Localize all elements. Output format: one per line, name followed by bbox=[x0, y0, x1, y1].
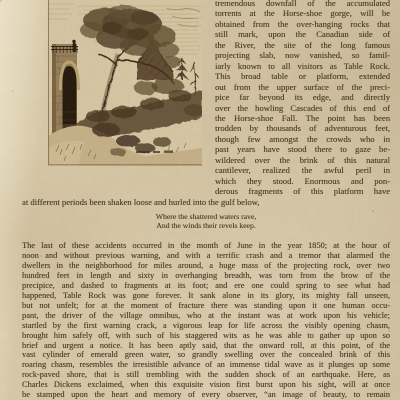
verse-line: And the winds their revels keep. bbox=[22, 222, 390, 231]
text-line: startled by the first warning crack, a v… bbox=[22, 321, 390, 331]
engraving-grain bbox=[48, 0, 202, 166]
opening-paragraph: tremendous downfall of the accumulatedto… bbox=[22, 0, 390, 207]
text-line: precipice, and dashed to fragments at it… bbox=[22, 281, 390, 291]
table-rock-engraving bbox=[22, 0, 215, 195]
text-line: roaring chasm, resembles the irresistibl… bbox=[22, 360, 390, 370]
text-line: but not unfelt; for at the moment of fra… bbox=[22, 301, 390, 311]
text-line: dwellers in the neighborhood for miles a… bbox=[22, 261, 390, 271]
text-line: rock-paved shore, that is still tremblin… bbox=[22, 370, 390, 380]
text-line: brought him safely off, with such of his… bbox=[22, 331, 390, 341]
text-line: be stamped upon the heart and memory of … bbox=[22, 390, 390, 400]
text-line: brief and urgent a notice. It has been a… bbox=[22, 341, 390, 351]
text-line: hundred feet in length and sixty in over… bbox=[22, 271, 390, 281]
page-content: tremendous downfall of the accumulatedto… bbox=[22, 0, 390, 400]
engraving-illustration bbox=[48, 0, 202, 166]
text-line: Charles Dickens exclaimed, when this exq… bbox=[22, 380, 390, 390]
text-line: noon and without previous warning, and w… bbox=[22, 251, 390, 261]
text-line: pant, the driver of the village omnibus,… bbox=[22, 311, 390, 321]
book-page: tremendous downfall of the accumulatedto… bbox=[0, 0, 400, 400]
text-line: vast cylinder of emerald green water, so… bbox=[22, 350, 390, 360]
main-paragraph: The last of these accidents occurred in … bbox=[22, 241, 390, 400]
text-line: The last of these accidents occurred in … bbox=[22, 241, 390, 251]
paper-foxing-specks bbox=[0, 0, 2, 2]
paragraph-continuation-line: at different periods been shaken loose a… bbox=[22, 197, 390, 207]
text-line: happened, Table Rock was gone forever. I… bbox=[22, 291, 390, 301]
verse-quote: Where the shattered waters rave, And the… bbox=[22, 213, 390, 230]
